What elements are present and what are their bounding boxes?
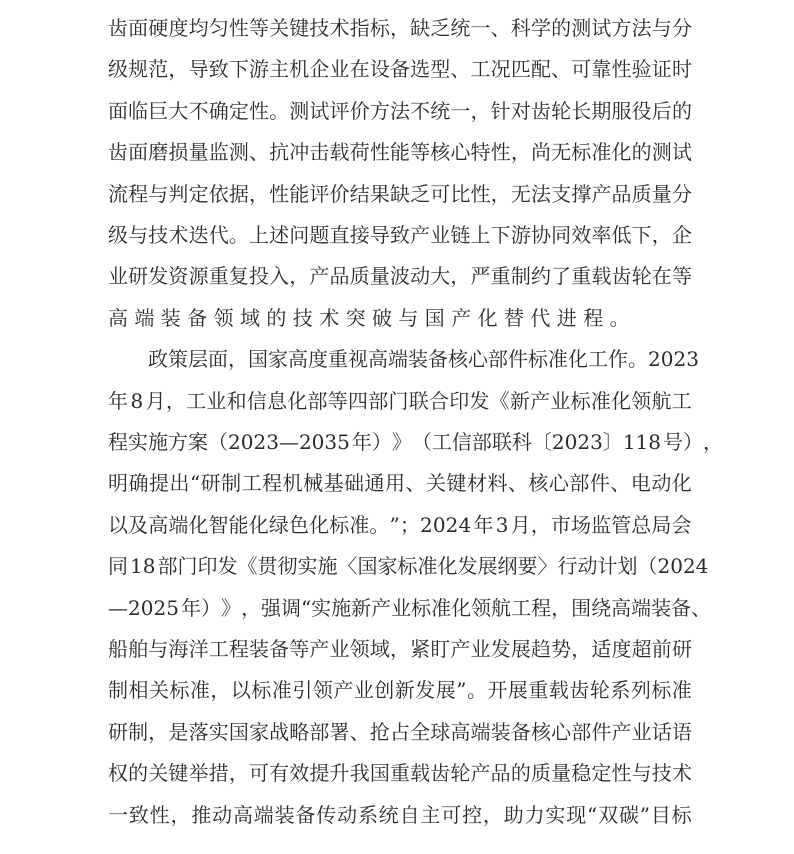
text-line: 级与技术迭代。上述问题直接导致产业链上下游协同效率低下，企 [108, 215, 692, 256]
text-line: 程实施方案（2023—2035 年）》（工信部联科〔2023〕118 号）， [108, 422, 692, 463]
text-line: 明确提出“研制工程机械基础通用、关键材料、核心部件、电动化 [108, 463, 692, 504]
text-line: 权的关键举措，可有效提升我国重载齿轮产品的质量稳定性与技术 [108, 753, 692, 794]
text-line: 制相关标准，以标准引领产业创新发展”。开展重载齿轮系列标准 [108, 670, 692, 711]
text-line: 业研发资源重复投入，产品质量波动大，严重制约了重载齿轮在等 [108, 256, 692, 297]
text-line: 齿面磨损量监测、抗冲击载荷性能等核心特性，尚无标准化的测试 [108, 132, 692, 173]
text-line: 以及高端化智能化绿色化标准。”；2024 年 3 月，市场监管总局会 [108, 505, 692, 546]
text-line: 面临巨大不确定性。测试评价方法不统一，针对齿轮长期服役后的 [108, 91, 692, 132]
text-line: 船舶与海洋工程装备等产业领域，紧盯产业发展趋势，适度超前研 [108, 629, 692, 670]
text-line: 年 8 月，工业和信息化部等四部门联合印发《新产业标准化领航工 [108, 381, 692, 422]
document-page: 齿面硬度均匀性等关键技术指标，缺乏统一、科学的测试方法与分 级规范，导致下游主机… [0, 0, 794, 854]
text-line: —2025 年）》，强调“实施新产业标准化领航工程，围绕高端装备、 [108, 588, 692, 629]
text-line: 政策层面，国家高度重视高端装备核心部件标准化工作。2023 [148, 339, 692, 380]
text-line: 高端装备领域的技术突破与国产化替代进程。 [108, 298, 692, 339]
text-line: 同 18 部门印发《贯彻实施〈国家标准化发展纲要〉行动计划（2024 [108, 546, 692, 587]
text-line: 齿面硬度均匀性等关键技术指标，缺乏统一、科学的测试方法与分 [108, 8, 692, 49]
text-line: 研制，是落实国家战略部署、抢占全球高端装备核心部件产业话语 [108, 712, 692, 753]
text-line: 一致性，推动高端装备传动系统自主可控，助力实现“双碳”目标 [108, 795, 692, 836]
text-line: 流程与判定依据，性能评价结果缺乏可比性，无法支撑产品质量分 [108, 174, 692, 215]
text-line: 级规范，导致下游主机企业在设备选型、工况匹配、可靠性验证时 [108, 49, 692, 90]
